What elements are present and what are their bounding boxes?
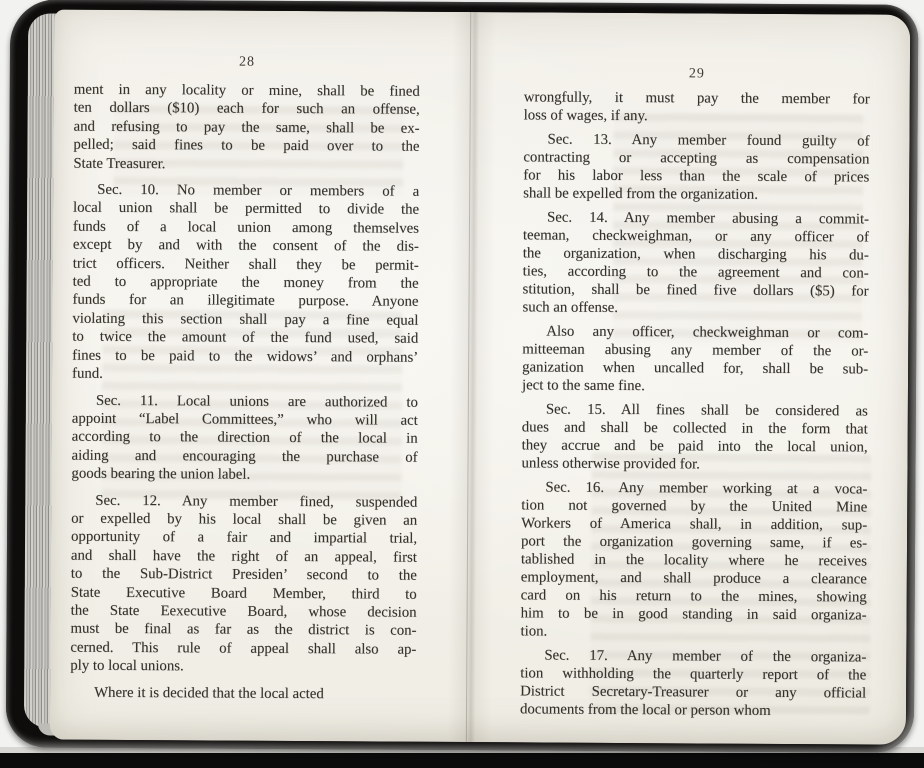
page-left-text: ment in any locality or mine, shall be f… [70,81,420,704]
text-line: to the Sub-District Presiden’ second to … [71,565,417,586]
page-right: 29 wrongfully, it must pay the member fo… [520,65,870,720]
paragraph: Sec. 17. Any member of the organiza-tion… [520,646,866,720]
text-line: ply to local unions. [70,657,416,678]
text-line: or expelled by his local shall be given … [71,510,417,531]
text-line: aiding and encouraging the purchase of [71,446,417,467]
page-spread: 28 ment in any locality or mine, shall b… [50,10,910,745]
text-line: Also any officer, checkweighman or com- [522,322,868,342]
text-line: ten dollars ($10) each for such an offen… [74,99,420,120]
page-number-left: 28 [74,54,420,72]
paragraph: Sec. 13. Any member found guilty ofcontr… [523,130,869,204]
text-line: District Secretary-Treasurer or any offi… [520,682,866,702]
text-line: Where it is decided that the local acted [70,683,416,704]
text-line: loss of wages, if any. [524,106,870,126]
text-line: ject to the same fine. [522,376,868,396]
text-line: funds of a local union among themselves [73,217,419,238]
text-line: State Executive Board Member, third to [71,583,417,604]
text-line: employment, and shall produce a clearanc… [521,568,867,588]
text-line: tion not governed by the United Mine [521,496,867,516]
text-line: tion. [520,622,866,642]
text-line: and shall have the right of an appeal, f… [71,546,417,567]
text-line: violating this section shall pay a fine … [72,309,418,330]
text-line: port the organization governing same, if… [521,532,867,552]
text-line: Sec. 17. Any member of the organiza- [520,646,866,666]
page-left: 28 ment in any locality or mine, shall b… [70,54,420,704]
text-line: pelled; said fines to be paid over to th… [73,136,419,157]
text-line: mitteeman abusing any member of the or- [522,340,868,360]
text-line: for his labor less than the scale of pri… [523,166,869,186]
text-line: Sec. 10. No member or members of a [73,181,419,202]
text-line: Sec. 13. Any member found guilty of [523,130,869,150]
paragraph: Where it is decided that the local acted [70,683,416,704]
text-line: must be final as far as the district is … [70,620,416,641]
paragraph: Sec. 11. Local unions are authorized toa… [71,391,418,485]
text-line: tablished in the locality where he recei… [521,550,867,570]
text-line: Sec. 14. Any member abusing a commit- [523,208,869,228]
text-line: Sec. 15. All fines shall be considered a… [522,400,868,420]
paragraph: ment in any locality or mine, shall be f… [73,81,420,175]
paragraph: Sec. 12. Any member fined, suspendedor e… [70,491,417,677]
paragraph: Also any officer, checkweighman or com-m… [522,322,868,396]
text-line: teeman, checkweighman, or any officer of [523,226,869,246]
text-line: such an offense. [522,298,868,318]
page-number-right: 29 [524,65,870,83]
paragraph: Sec. 10. No member or members of alocal … [72,181,419,386]
book-gutter [448,12,496,742]
text-line: Sec. 12. Any member fined, suspended [71,491,417,512]
text-line: goods bearing the union label. [71,465,417,486]
text-line: him to be in good standing in said organ… [521,604,867,624]
text-line: cerned. This rule of appeal shall also a… [70,638,416,659]
text-line: documents from the local or person whom [520,700,866,720]
text-line: dues and shall be collected in the form … [522,418,868,438]
text-line: the organization, when discharging his d… [523,244,869,264]
text-line: stitution, shall be fined five dollars (… [523,280,869,300]
text-line: ment in any locality or mine, shall be f… [74,81,420,102]
text-line: to twice the amount of the fund used, sa… [72,328,418,349]
text-line: appoint “Label Committees,” who will act [72,410,418,431]
text-line: fund. [72,365,418,386]
text-line: Sec. 16. Any member working at a voca- [521,478,867,498]
text-line: shall be expelled from the organization. [523,184,869,204]
text-line: Workers of America shall, in addition, s… [521,514,867,534]
paragraph: Sec. 15. All fines shall be considered a… [521,400,867,474]
text-line: opportunity of a fair and impartial tria… [71,528,417,549]
text-line: local union shall be permitted to divide… [73,199,419,220]
text-line: except by and with the consent of the di… [73,236,419,257]
text-line: ganization when uncalled for, shall be s… [522,358,868,378]
text-line: according to the direction of the local … [72,428,418,449]
paragraph: Sec. 16. Any member working at a voca-ti… [520,478,867,642]
text-line: the State Eexecutive Board, whose decisi… [71,602,417,623]
paragraph: Sec. 14. Any member abusing a commit-tee… [522,208,869,318]
text-line: unless otherwise provided for. [521,454,867,474]
text-line: tion withholding the quarterly report of… [520,664,866,684]
open-booklet: 28 ment in any locality or mine, shall b… [0,0,924,768]
paragraph: wrongfully, it must pay the member forlo… [524,88,870,126]
text-line: and refusing to pay the same, shall be e… [74,117,420,138]
text-line: card on his return to the mines, showing [521,586,867,606]
text-line: State Treasurer. [73,154,419,175]
text-line: they accrue and be paid into the local u… [522,436,868,456]
text-line: wrongfully, it must pay the member for [524,88,870,108]
text-line: Sec. 11. Local unions are authorized to [72,391,418,412]
text-line: fines to be paid to the widows’ and orph… [72,346,418,367]
book-scan: 28 ment in any locality or mine, shall b… [0,0,924,768]
text-line: ties, according to the agreement and con… [523,262,869,282]
page-right-text: wrongfully, it must pay the member forlo… [520,88,870,720]
text-line: trict officers. Neither shall they be pe… [73,254,419,275]
text-line: funds for an illegitimate purpose. Anyon… [72,291,418,312]
text-line: ted to appropriate the money from the [73,273,419,294]
text-line: contracting or accepting as compensation [523,148,869,168]
